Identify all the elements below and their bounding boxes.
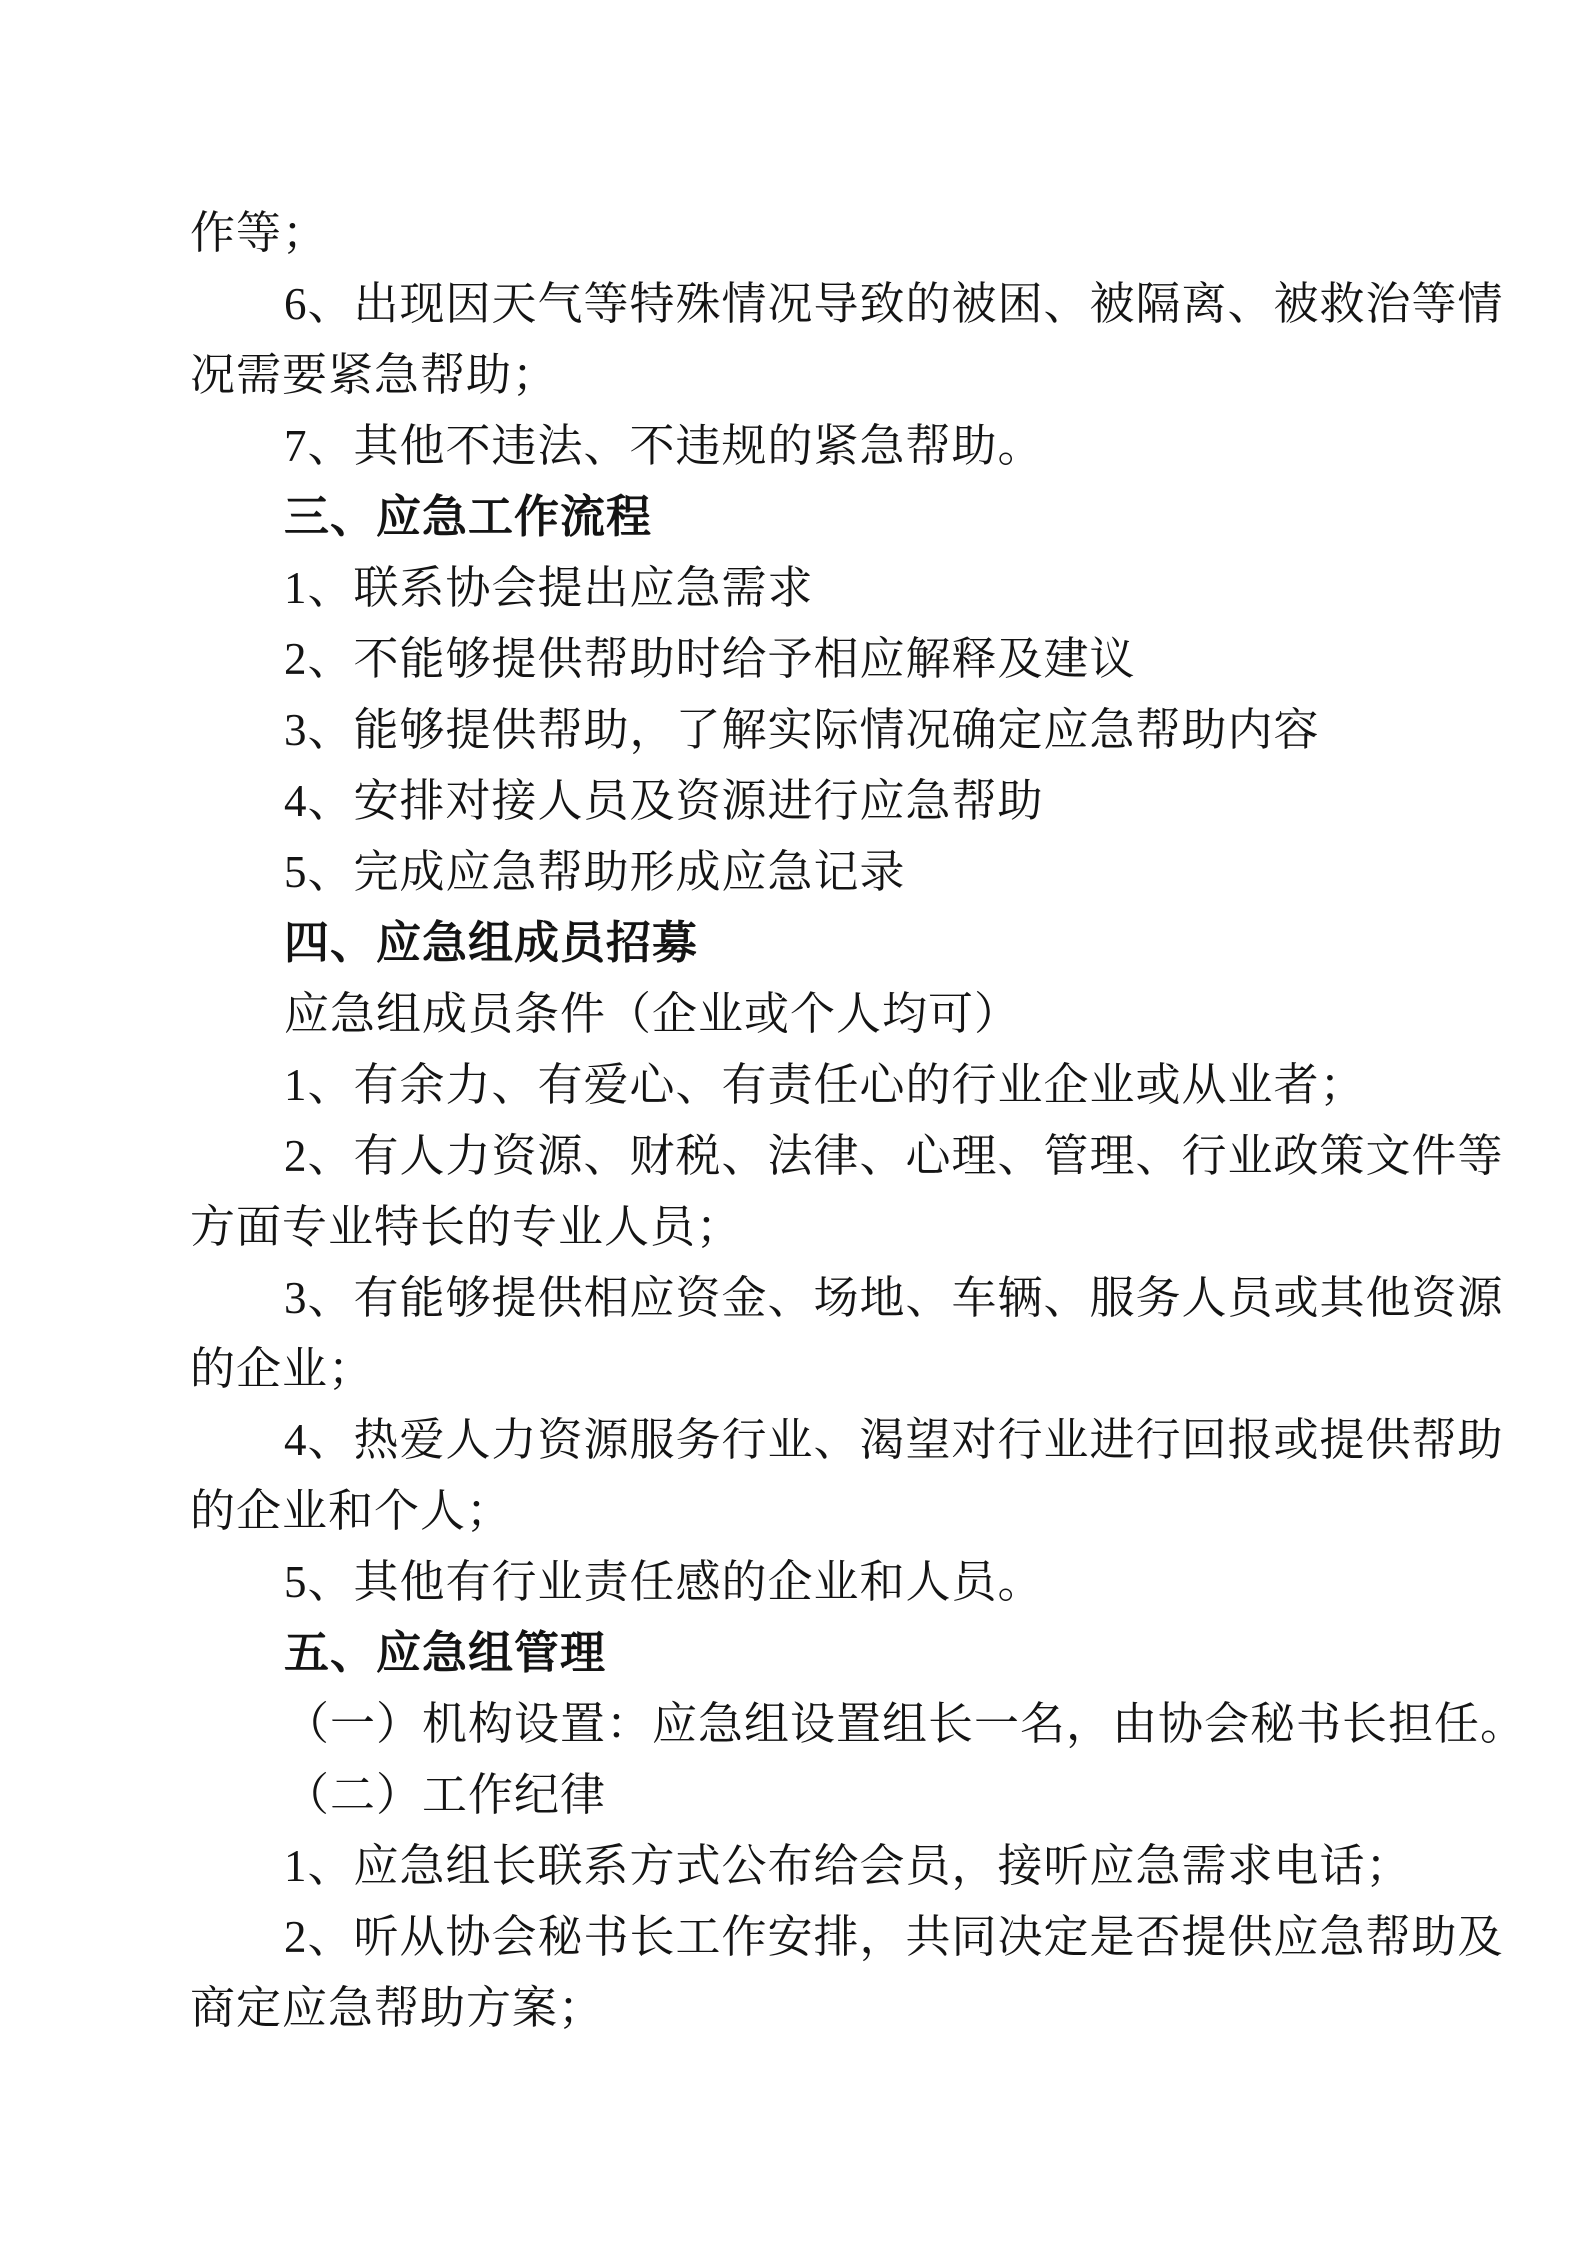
text-line: 方面专业特长的专业人员； [190, 1192, 1460, 1263]
text-line: 4、安排对接人员及资源进行应急帮助 [190, 766, 1460, 837]
text-line: 2、听从协会秘书长工作安排，共同决定是否提供应急帮助及 [190, 1902, 1460, 1973]
text-line: 商定应急帮助方案； [190, 1973, 1460, 2044]
text-line: 况需要紧急帮助； [190, 340, 1460, 411]
text-line: 6、出现因天气等特殊情况导致的被困、被隔离、被救治等情 [190, 269, 1460, 340]
text-line: 3、能够提供帮助，了解实际情况确定应急帮助内容 [190, 695, 1460, 766]
text-line: 7、其他不违法、不违规的紧急帮助。 [190, 411, 1460, 482]
text-line: （二）工作纪律 [190, 1760, 1460, 1831]
document-page: 作等；6、出现因天气等特殊情况导致的被困、被隔离、被救治等情况需要紧急帮助；7、… [0, 0, 1588, 2245]
section-heading: 四、应急组成员招募 [190, 908, 1460, 979]
text-line: 作等； [190, 198, 1460, 269]
text-line: 5、完成应急帮助形成应急记录 [190, 837, 1460, 908]
section-heading: 三、应急工作流程 [190, 482, 1460, 553]
text-line: 4、热爱人力资源服务行业、渴望对行业进行回报或提供帮助 [190, 1405, 1460, 1476]
text-line: 1、联系协会提出应急需求 [190, 553, 1460, 624]
text-line: 3、有能够提供相应资金、场地、车辆、服务人员或其他资源 [190, 1263, 1460, 1334]
text-line: 1、有余力、有爱心、有责任心的行业企业或从业者； [190, 1050, 1460, 1121]
text-line: 5、其他有行业责任感的企业和人员。 [190, 1547, 1460, 1618]
text-line: 的企业； [190, 1334, 1460, 1405]
text-line: 的企业和个人； [190, 1476, 1460, 1547]
text-line: 应急组成员条件（企业或个人均可） [190, 979, 1460, 1050]
section-heading: 五、应急组管理 [190, 1618, 1460, 1689]
text-line: （一）机构设置：应急组设置组长一名，由协会秘书长担任。 [190, 1689, 1460, 1760]
text-line: 1、应急组长联系方式公布给会员，接听应急需求电话； [190, 1831, 1460, 1902]
text-line: 2、不能够提供帮助时给予相应解释及建议 [190, 624, 1460, 695]
document-body: 作等；6、出现因天气等特殊情况导致的被困、被隔离、被救治等情况需要紧急帮助；7、… [190, 198, 1460, 2044]
text-line: 2、有人力资源、财税、法律、心理、管理、行业政策文件等 [190, 1121, 1460, 1192]
